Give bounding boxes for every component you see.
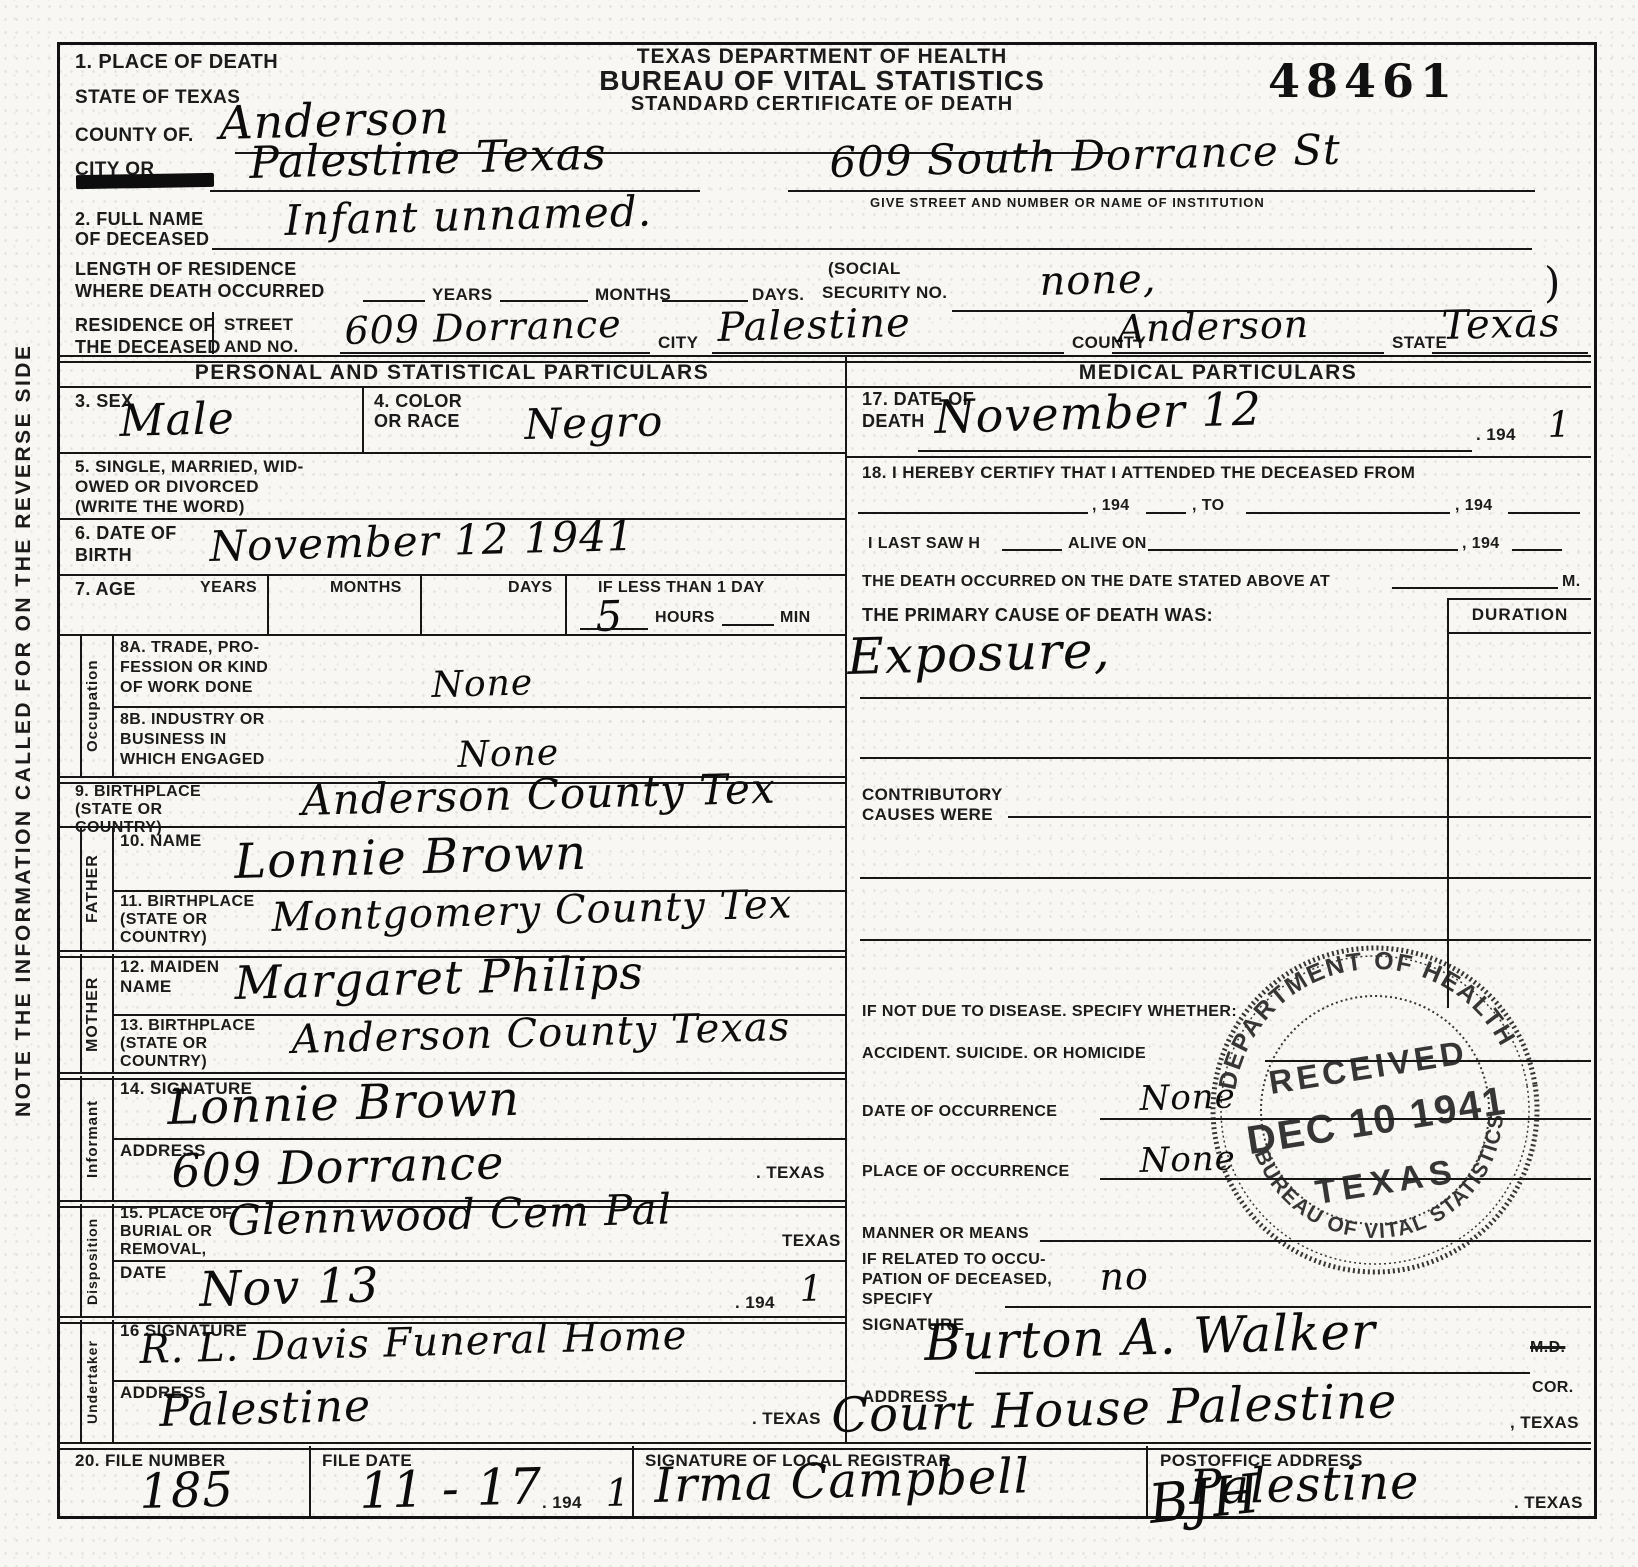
father-side-label: FATHER: [84, 830, 102, 948]
age-div-3: [565, 574, 567, 634]
age-months-label: MONTHS: [330, 580, 402, 597]
age-hours-rule: [580, 628, 648, 630]
certify-rule-1: [858, 512, 1088, 514]
burial-date-label: DATE: [120, 1264, 167, 1282]
medical-section-header: MEDICAL PARTICULARS: [1079, 362, 1358, 384]
cause-rule-2: [860, 757, 1591, 759]
city-value-handwritten: Palestine Texas: [249, 133, 607, 186]
death-date-year: . 194: [1476, 426, 1516, 444]
fullname-label-1: 2. FULL NAME: [75, 210, 203, 229]
burial-label-1: 15. PLACE OF: [120, 1206, 232, 1223]
sex-race-divider: [362, 386, 364, 452]
dateocc-label: DATE OF OCCURRENCE: [862, 1104, 1057, 1121]
burial-label-3: REMOVAL,: [120, 1242, 206, 1259]
undertaker-address-handwritten: Palestine: [159, 1384, 372, 1434]
informant-address-handwritten: 609 Dorrance: [171, 1139, 505, 1194]
social-label-2: SECURITY NO.: [822, 284, 947, 302]
days-label: DAYS.: [752, 286, 804, 304]
fullname-value-handwritten: Infant unnamed.: [284, 190, 653, 242]
maiden-name-label-2: NAME: [120, 978, 172, 996]
notdisease-label: IF NOT DUE TO DISEASE. SPECIFY WHETHER:: [862, 1004, 1237, 1021]
residence-city-handwritten: Palestine: [717, 303, 911, 348]
informant-address-suffix: . TEXAS: [756, 1164, 825, 1182]
years-label: YEARS: [432, 286, 493, 304]
trade-label-3: OF WORK DONE: [120, 680, 253, 697]
occrel-label-2: PATION OF DECEASED,: [862, 1272, 1052, 1289]
occupation-strip-left: [80, 634, 82, 778]
duration-box-bottom: [1447, 632, 1591, 634]
maiden-name-handwritten: Margaret Philips: [234, 949, 645, 1006]
street-and-no-label-1: STREET: [224, 316, 293, 334]
physician-address-handwritten: Court House Palestine: [831, 1377, 1398, 1440]
lastsaw-rule-1: [1002, 549, 1062, 551]
father-strip-right: [112, 826, 114, 952]
certify-rule-4: [1508, 512, 1580, 514]
footer-div-1: [309, 1446, 311, 1516]
father-name-handwritten: Lonnie Brown: [234, 829, 588, 886]
row8a-rule: [112, 706, 845, 708]
undertaker-strip-left: [80, 1320, 82, 1444]
race-label-2: OR RACE: [374, 412, 460, 431]
residence-length-label-1: LENGTH OF RESIDENCE: [75, 260, 297, 279]
accident-label: ACCIDENT. SUICIDE. OR HOMICIDE: [862, 1046, 1146, 1063]
certify-year-1: , 194: [1092, 498, 1130, 515]
industry-value-handwritten: None: [457, 735, 560, 774]
burial-suffix: TEXAS: [782, 1232, 841, 1250]
street-and-no-label-2: AND NO.: [224, 338, 299, 356]
age-div-2: [420, 574, 422, 634]
cause-rule-1: [860, 697, 1591, 699]
age-label: 7. AGE: [75, 580, 136, 599]
section-header-underline: [57, 386, 1591, 388]
birthdate-label-1: 6. DATE OF: [75, 524, 177, 543]
age-div-1: [267, 574, 269, 634]
residence-label-1: RESIDENCE OF: [75, 316, 215, 335]
occrel-label-1: IF RELATED TO OCCU-: [862, 1252, 1046, 1269]
place-of-death-label: 1. PLACE OF DEATH: [75, 52, 278, 73]
birthdate-label-2: BIRTH: [75, 546, 132, 565]
years-rule: [363, 300, 425, 302]
file-date-year-handwritten: 1: [605, 1473, 631, 1512]
trade-value-handwritten: None: [431, 665, 534, 704]
mother-side-label: MOTHER: [84, 958, 102, 1070]
file-number-handwritten: 185: [139, 1466, 235, 1516]
undertaker-side-label: Undertaker: [84, 1322, 100, 1442]
fullname-rule: [212, 248, 1532, 250]
mother-birthplace-label-3: COUNTRY): [120, 1054, 207, 1071]
duration-label: DURATION: [1472, 606, 1568, 624]
fullname-label-2: OF DECEASED: [75, 230, 209, 249]
physician-address-suffix: , TEXAS: [1510, 1414, 1579, 1432]
county-of-label: COUNTY OF.: [75, 126, 194, 146]
occrel-label-3: SPECIFY: [862, 1292, 933, 1309]
mother-birthplace-label-1: 13. BIRTHPLACE: [120, 1018, 255, 1035]
registrar-signature-handwritten: Irma Campbell: [654, 1452, 1031, 1510]
ssn-value-handwritten: none,: [1039, 259, 1157, 302]
lastsaw-rule-3: [1512, 549, 1562, 551]
burial-value-handwritten: Glennwood Cem Pal: [227, 1188, 673, 1242]
row16-rule: [112, 1380, 845, 1382]
postoffice-suffix: . TEXAS: [1514, 1494, 1583, 1512]
death-date-handwritten: November 12: [934, 385, 1263, 440]
residence-state-handwritten: Texas: [1441, 303, 1561, 346]
street-rule: [788, 190, 1535, 192]
contributory-rule: [1008, 816, 1591, 818]
age-hours-label: HOURS: [655, 610, 715, 627]
sex-value-handwritten: Male: [119, 397, 236, 444]
lastsaw-label-1: I LAST SAW H: [868, 536, 980, 553]
undertaker-address-suffix: . TEXAS: [752, 1410, 821, 1428]
trade-label-1: 8A. TRADE, PRO-: [120, 640, 259, 657]
age-less-label: IF LESS THAN 1 DAY: [598, 580, 765, 597]
birthdate-value-handwritten: November 12 1941: [209, 515, 635, 568]
residence-length-label-2: WHERE DEATH OCCURRED: [75, 282, 325, 301]
center-column-divider: [845, 355, 847, 1444]
residence-city-label: CITY: [658, 334, 698, 352]
age-min-label: MIN: [780, 610, 811, 627]
birthplace-label-2: (STATE OR: [75, 802, 162, 819]
primary-cause-handwritten: Exposure,: [847, 625, 1111, 682]
row17-rule: [845, 456, 1591, 458]
burial-date-year: . 194: [735, 1294, 775, 1312]
contributory-label-2: CAUSES WERE: [862, 806, 993, 824]
informant-side-label: Informant: [84, 1080, 101, 1198]
contributory-label-1: CONTRIBUTORY: [862, 786, 1003, 804]
residence-state-label: STATE: [1392, 334, 1447, 352]
cor-label: COR.: [1532, 1380, 1574, 1397]
dept-title-line3: STANDARD CERTIFICATE OF DEATH: [631, 94, 1013, 115]
father-birthplace-label-3: COUNTRY): [120, 930, 207, 947]
trade-label-2: FESSION OR KIND: [120, 660, 268, 677]
certify-year-2: , 194: [1455, 498, 1493, 515]
residence-state-rule: [1432, 352, 1588, 354]
father-birthplace-label-2: (STATE OR: [120, 912, 207, 929]
disposition-strip-left: [80, 1204, 82, 1318]
row3-rule: [57, 452, 845, 454]
marital-label-1: 5. SINGLE, MARRIED, WID-: [75, 458, 304, 476]
informant-strip-left: [80, 1076, 82, 1202]
dept-title-line2: BUREAU OF VITAL STATISTICS: [599, 66, 1044, 95]
footer-div-2: [632, 1446, 634, 1516]
industry-label-1: 8B. INDUSTRY OR: [120, 712, 265, 729]
age-years-label: YEARS: [200, 580, 257, 597]
birthplace-label-1: 9. BIRTHPLACE: [75, 784, 201, 801]
file-date-handwritten: 11 - 17: [359, 1461, 543, 1516]
days-rule: [662, 300, 748, 302]
certify-label: 18. I HEREBY CERTIFY THAT I ATTENDED THE…: [862, 464, 1415, 482]
occurred-m-label: M.: [1562, 574, 1581, 591]
marital-label-3: (WRITE THE WORD): [75, 498, 245, 516]
certify-to-label: , TO: [1192, 498, 1224, 515]
burial-date-handwritten: Nov 13: [199, 1261, 381, 1314]
redacted-precinct-label: [76, 173, 214, 189]
age-hours-handwritten: 5: [595, 595, 624, 638]
received-stamp-svg: DEPARTMENT OF HEALTH BUREAU OF VITAL STA…: [1178, 913, 1572, 1307]
industry-label-3: WHICH ENGAGED: [120, 752, 265, 769]
row7-rule: [57, 634, 845, 636]
postoffice-value-handwritten: Palestine: [1189, 1458, 1420, 1512]
lastsaw-rule-2: [1148, 549, 1458, 551]
received-stamp: DEPARTMENT OF HEALTH BUREAU OF VITAL STA…: [1178, 913, 1572, 1307]
street-caption: GIVE STREET AND NUMBER OR NAME OF INSTIT…: [870, 196, 1265, 210]
marital-label-2: OWED OR DIVORCED: [75, 478, 259, 496]
maiden-name-label-1: 12. MAIDEN: [120, 958, 219, 976]
mother-strip-left: [80, 954, 82, 1074]
mother-birthplace-label-2: (STATE OR: [120, 1036, 207, 1053]
informant-signature-handwritten: Lonnie Brown: [167, 1075, 521, 1132]
row6-rule: [57, 574, 845, 576]
occurred-label: THE DEATH OCCURRED ON THE DATE STATED AB…: [862, 574, 1330, 591]
placeocc-label: PLACE OF OCCURRENCE: [862, 1164, 1070, 1181]
personal-section-header: PERSONAL AND STATISTICAL PARTICULARS: [195, 362, 709, 384]
race-value-handwritten: Negro: [524, 400, 664, 446]
physician-signature-rule: [975, 1372, 1530, 1374]
birthplace-value-handwritten: Anderson County Tex: [301, 768, 776, 822]
lastsaw-year: , 194: [1462, 536, 1500, 553]
residence-city-rule: [712, 352, 1064, 354]
residence-street-rule: [340, 352, 650, 354]
residence-street-handwritten: 609 Dorrance: [344, 305, 622, 350]
footer-top-rule: [57, 1442, 1591, 1450]
residence-county-rule: [1112, 352, 1384, 354]
burial-date-year-handwritten: 1: [799, 1271, 824, 1308]
file-date-year: . 194: [542, 1494, 582, 1512]
manner-label: MANNER OR MEANS: [862, 1226, 1029, 1243]
industry-label-2: BUSINESS IN: [120, 732, 227, 749]
father-birthplace-label-1: 11. BIRTHPLACE: [120, 894, 255, 911]
occurred-rule: [1392, 587, 1558, 589]
reverse-side-note: NOTE THE INFORMATION CALLED FOR ON THE R…: [12, 270, 36, 1190]
undertaker-strip-right: [112, 1320, 114, 1444]
disposition-side-label: Disposition: [84, 1206, 100, 1316]
residence-divider: [212, 312, 214, 354]
cause-rule-3: [860, 877, 1591, 879]
father-strip-left: [80, 826, 82, 952]
certificate-number: 48461: [1268, 54, 1458, 108]
death-certificate-scan: NOTE THE INFORMATION CALLED FOR ON THE R…: [0, 0, 1638, 1567]
state-of-texas-label: STATE OF TEXAS: [75, 88, 240, 108]
occrel-value-handwritten: no: [1099, 1257, 1149, 1296]
months-rule: [500, 300, 588, 302]
physician-signature-handwritten: Burton A. Walker: [924, 1306, 1377, 1368]
death-date-label-2: DEATH: [862, 412, 925, 431]
race-label-1: 4. COLOR: [374, 392, 462, 411]
occupation-side-label: Occupation: [84, 638, 101, 774]
age-days-label: DAYS: [508, 580, 553, 597]
certify-rule-2: [1146, 512, 1186, 514]
father-name-label: 10. NAME: [120, 832, 202, 850]
age-min-rule: [722, 624, 774, 626]
death-date-rule: [918, 450, 1472, 452]
residence-county-handwritten: Anderson: [1117, 305, 1310, 348]
social-label-1: (SOCIAL: [828, 260, 901, 278]
death-date-year-handwritten: 1: [1547, 407, 1572, 444]
lastsaw-label-2: ALIVE ON: [1068, 536, 1147, 553]
burial-label-2: BURIAL OR: [120, 1224, 212, 1241]
duration-box-top: [1447, 598, 1591, 600]
md-label-struck: M.D.: [1530, 1340, 1565, 1357]
certify-rule-3: [1246, 512, 1450, 514]
